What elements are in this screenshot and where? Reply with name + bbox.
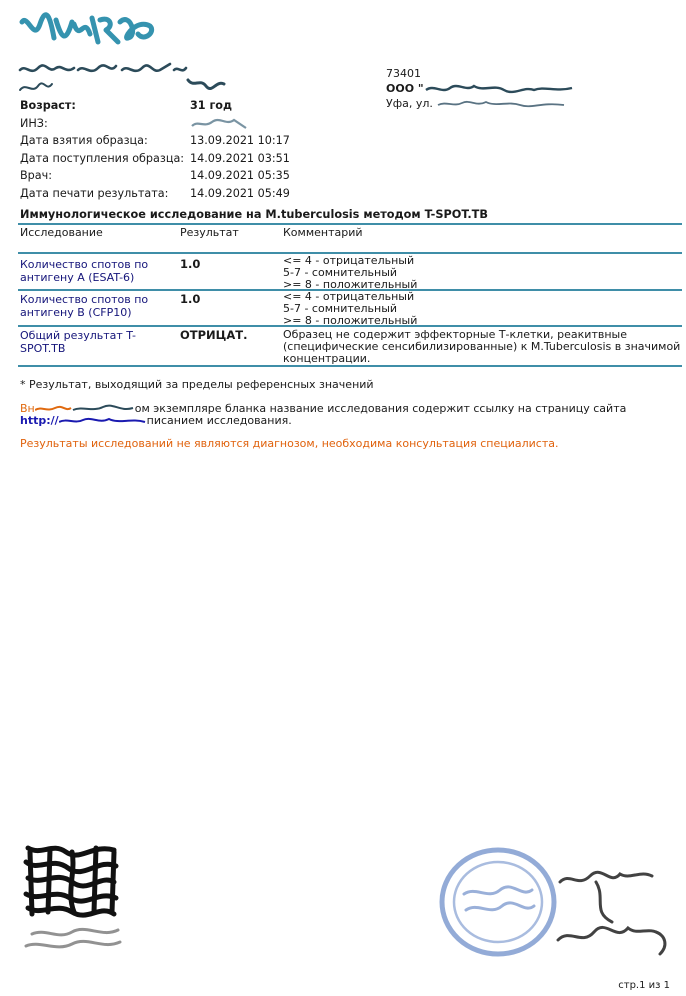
- lab-info: 73401 ООО " Уфа, ул.: [386, 66, 574, 111]
- info-value: 14.09.2021 03:51: [190, 150, 290, 168]
- notice-text-2: писанием исследования.: [147, 414, 292, 427]
- footnote: * Результат, выходящий за пределы рефере…: [20, 378, 374, 391]
- inz-redacted: [190, 118, 250, 129]
- stamp-icon: [436, 840, 566, 960]
- page-number: стр.1 из 1: [618, 980, 670, 991]
- divider: [18, 325, 682, 327]
- column-header-result: Результат: [180, 226, 239, 239]
- lab-org-redacted: [424, 84, 574, 94]
- patient-name-redacted: [18, 62, 188, 96]
- divider: [18, 365, 682, 367]
- test-result: 1.0: [180, 293, 200, 306]
- lab-code: 73401: [386, 66, 574, 81]
- info-value: 14.09.2021 05:35: [190, 167, 290, 185]
- lab-logo: [18, 12, 158, 48]
- test-comment: <= 4 - отрицательный 5-7 - сомнительный …: [283, 255, 678, 290]
- column-header-comment: Комментарий: [283, 226, 363, 239]
- patient-name-redacted-part: [186, 76, 226, 90]
- info-label: Возраст:: [20, 97, 76, 115]
- qr-code-icon: [22, 842, 122, 962]
- info-label: Дата поступления образца:: [20, 150, 184, 168]
- lab-organization: ООО ": [386, 81, 574, 96]
- notice: Вном экземпляре бланка название исследов…: [20, 403, 660, 427]
- info-value: 13.09.2021 10:17: [190, 132, 290, 150]
- test-result: ОТРИЦАТ.: [180, 329, 247, 342]
- notice-redacted: [35, 404, 135, 414]
- info-label: Врач:: [20, 167, 52, 185]
- comment-line: концентрации.: [283, 353, 678, 365]
- comment-line: 5-7 - сомнительный: [283, 303, 678, 315]
- test-name-link[interactable]: Количество спотов по антигену А (ESAT-6): [20, 258, 170, 284]
- site-link-redacted[interactable]: [59, 416, 147, 426]
- site-link[interactable]: http://: [20, 414, 59, 427]
- comment-line: 5-7 - сомнительный: [283, 267, 678, 279]
- lab-addr-prefix: Уфа, ул.: [386, 97, 436, 110]
- test-comment: <= 4 - отрицательный 5-7 - сомнительный …: [283, 291, 678, 326]
- info-value: 14.09.2021 05:49: [190, 185, 290, 203]
- lab-address: Уфа, ул.: [386, 96, 574, 111]
- test-name-link[interactable]: Общий результат T-SPOT.TB: [20, 329, 170, 355]
- info-label: Дата взятия образца:: [20, 132, 148, 150]
- info-label: ИНЗ:: [20, 115, 48, 133]
- divider: [18, 223, 682, 225]
- test-name-link[interactable]: Количество спотов по антигену В (CFP10): [20, 293, 170, 319]
- signature-icon: [556, 862, 676, 962]
- test-result: 1.0: [180, 258, 200, 271]
- lab-addr-redacted: [436, 99, 566, 109]
- section-title: Иммунологическое исследование на M.tuber…: [20, 208, 488, 221]
- lab-org-prefix: ООО ": [386, 82, 424, 95]
- disclaimer: Результаты исследований не являются диаг…: [20, 437, 559, 450]
- column-header-test: Исследование: [20, 226, 103, 239]
- info-value: 31 год: [190, 97, 232, 115]
- info-label: Дата печати результата:: [20, 185, 168, 203]
- test-comment: Образец не содержит эффекторные Т-клетки…: [283, 329, 678, 365]
